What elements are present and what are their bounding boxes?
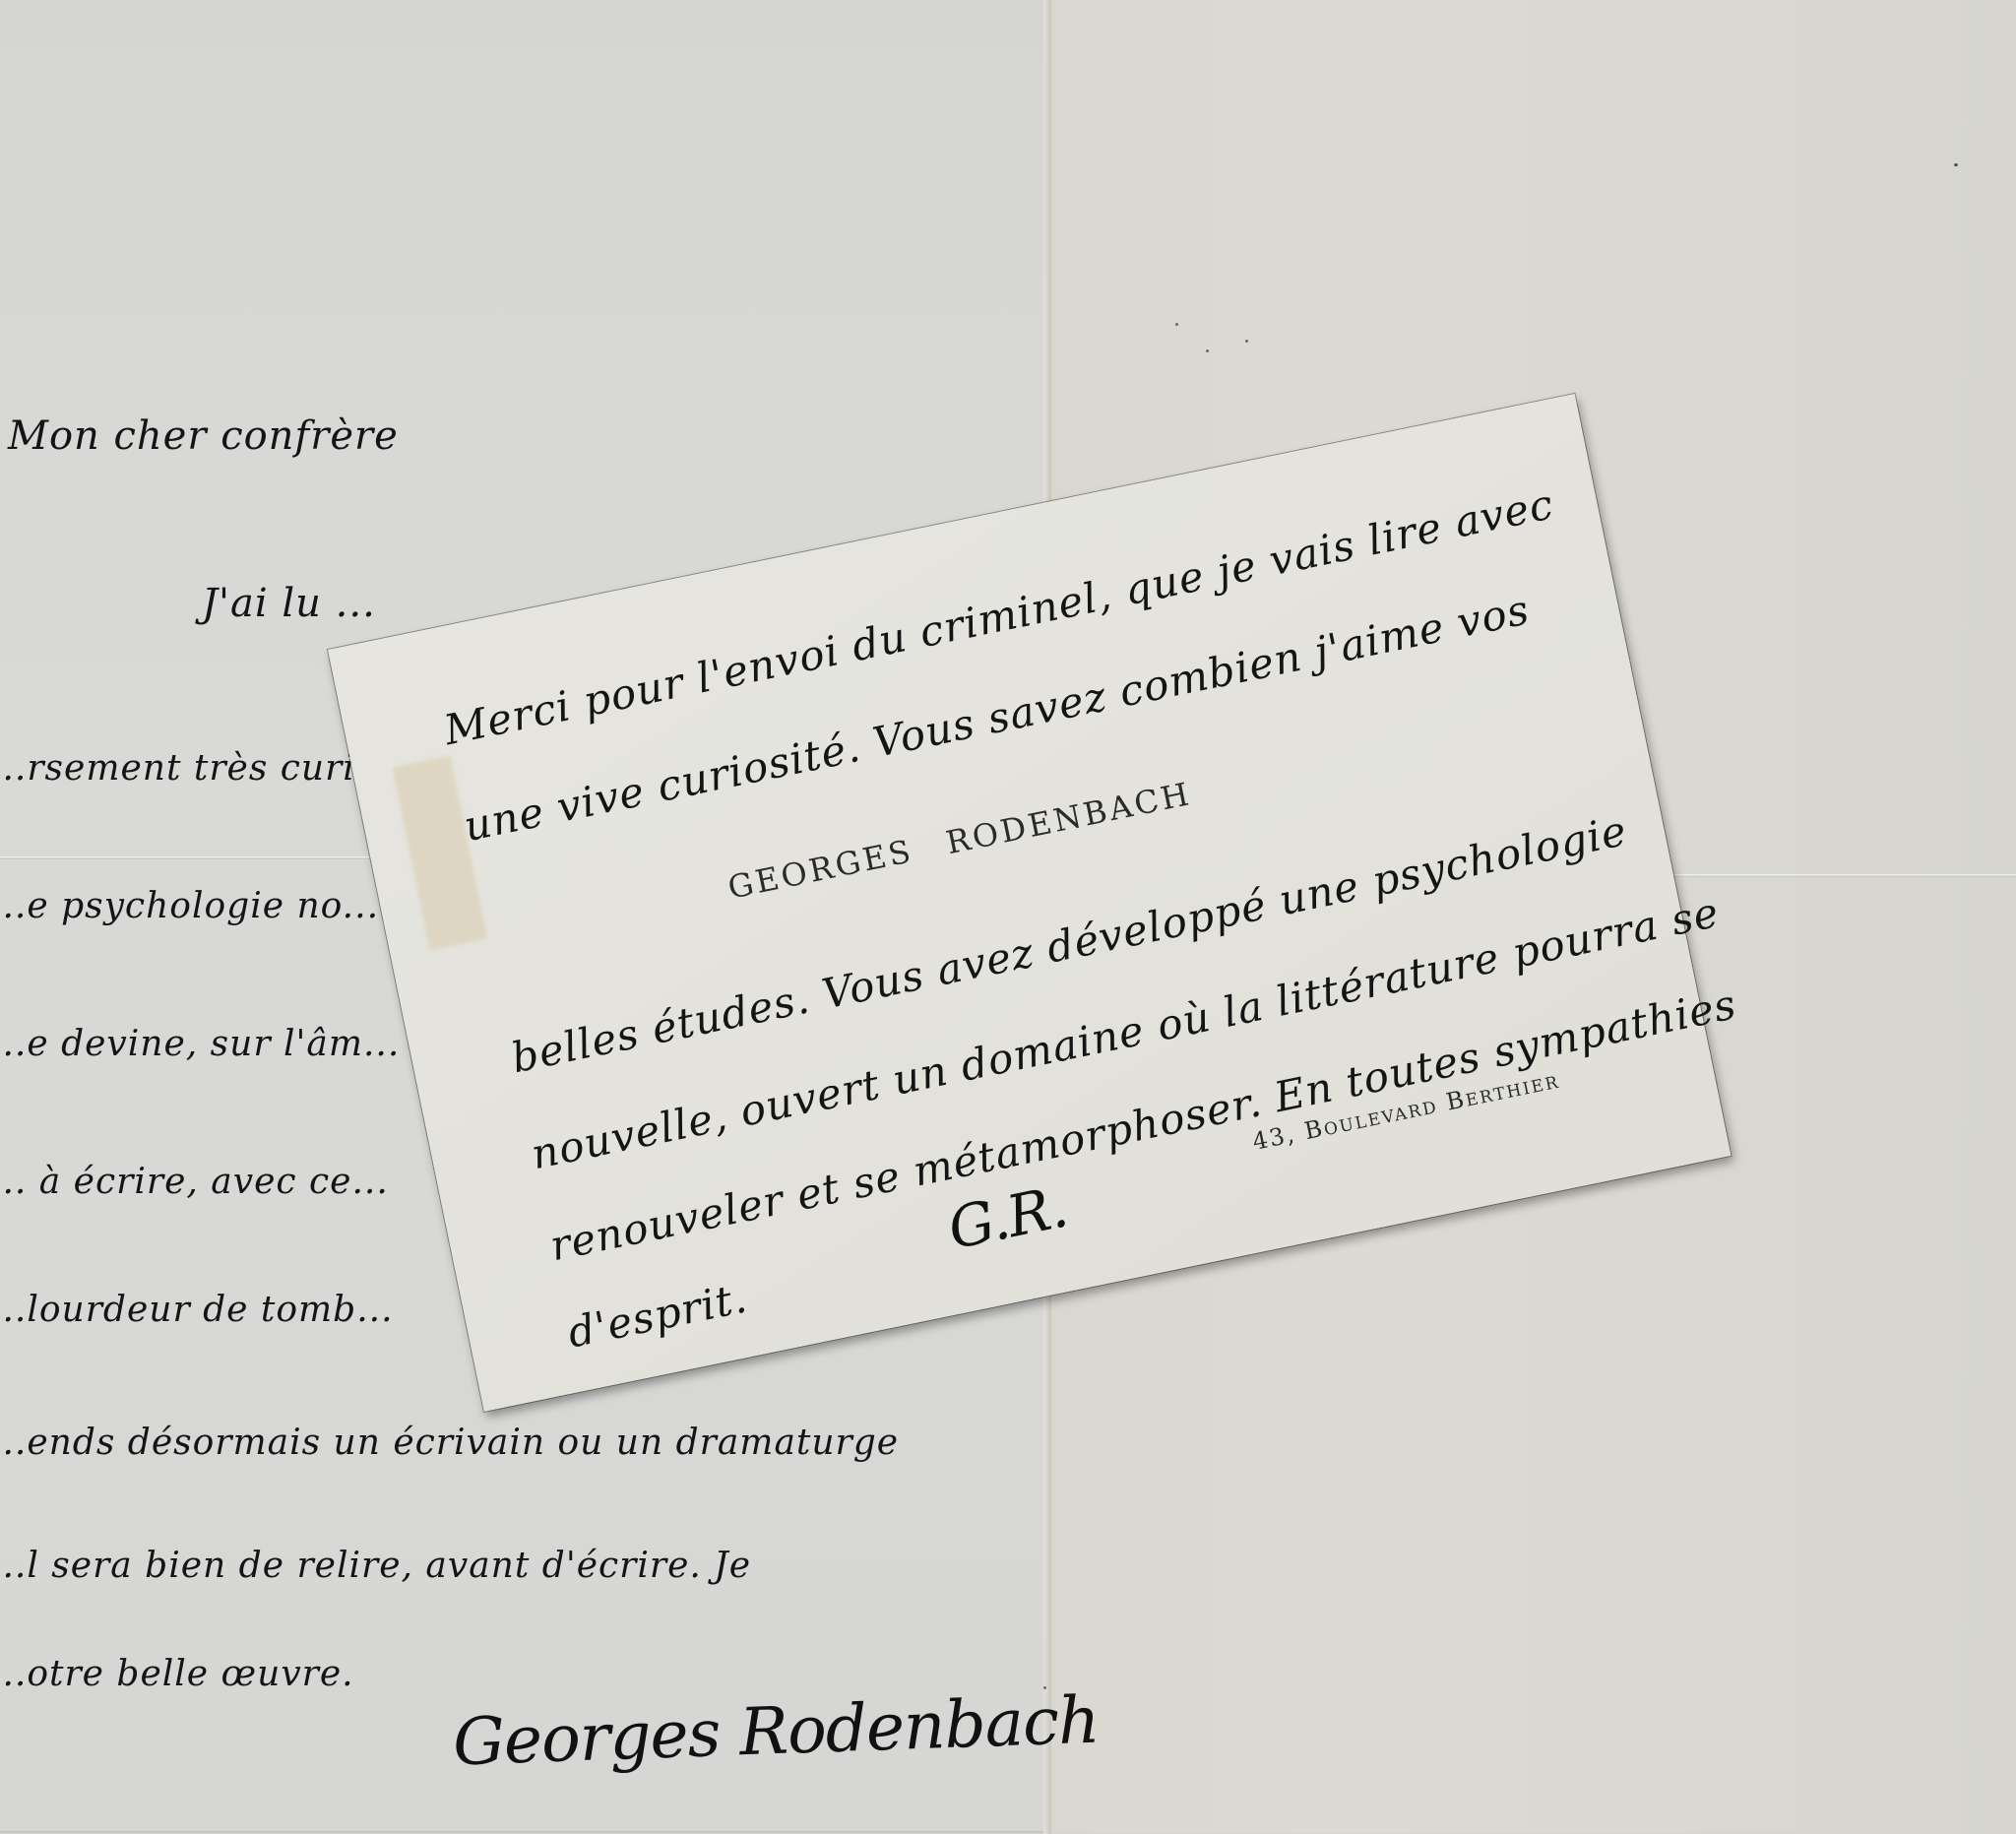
ink-speck bbox=[1206, 349, 1209, 352]
ink-speck bbox=[1043, 1686, 1046, 1689]
left-letter-line-1: J'ai lu ... bbox=[202, 581, 376, 626]
left-letter-line-9: ...otre belle œuvre. bbox=[0, 1654, 354, 1694]
left-letter-line-5: ... à écrire, avec ce... bbox=[0, 1162, 389, 1202]
left-letter-salutation: Mon cher confrère bbox=[8, 413, 399, 459]
left-letter-line-6: ...lourdeur de tomb... bbox=[0, 1290, 394, 1330]
left-letter-line-8: ...l sera bien de relire, avant d'écrire… bbox=[0, 1546, 751, 1586]
left-letter-line-7: ...ends désormais un écrivain ou un dram… bbox=[0, 1423, 899, 1463]
left-letter-line-4: ...e devine, sur l'âm... bbox=[0, 1024, 400, 1064]
ink-speck bbox=[1175, 323, 1178, 326]
left-letter-line-3: ...e psychologie no... bbox=[0, 886, 379, 926]
card-printed-name: GEORGES RODENBACH bbox=[724, 775, 1194, 907]
ink-speck bbox=[1954, 163, 1957, 166]
ink-speck bbox=[1245, 340, 1248, 343]
document-photo: Mon cher con... ...nosition, dont j... .… bbox=[0, 0, 2016, 1834]
card-handwriting-line-6: d'esprit. bbox=[564, 1273, 752, 1357]
card-stain bbox=[392, 755, 487, 950]
